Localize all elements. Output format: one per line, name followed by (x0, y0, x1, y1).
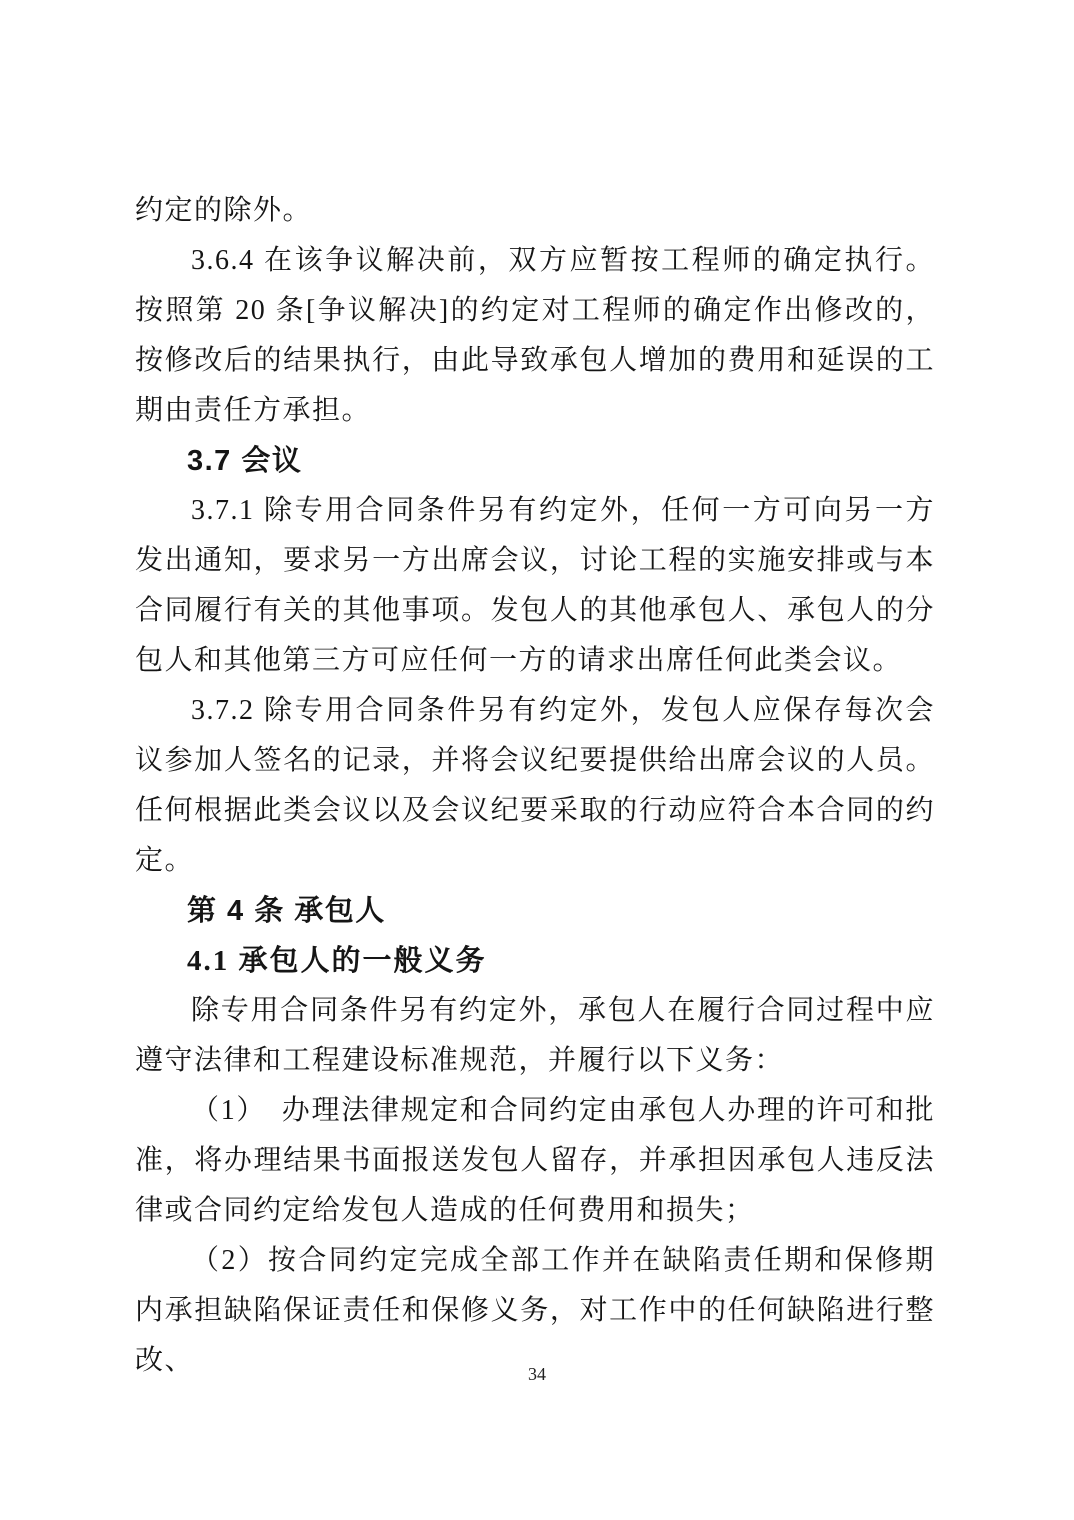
paragraph-clause-4-1-item-1: （1） 办理法律规定和合同约定由承包人办理的许可和批准，将办理结果书面报送发包人… (135, 1086, 935, 1236)
paragraph-clause-3-7-2: 3.7.2 除专用合同条件另有约定外，发包人应保存每次会议参加人签名的记录，并将… (135, 686, 935, 886)
document-page: 约定的除外。 3.6.4 在该争议解决前，双方应暂按工程师的确定执行。按照第 2… (0, 0, 1074, 1520)
heading-clause-4: 第 4 条 承包人 (135, 886, 935, 936)
heading-clause-3-7: 3.7 会议 (135, 436, 935, 486)
paragraph-clause-3-6-4: 3.6.4 在该争议解决前，双方应暂按工程师的确定执行。按照第 20 条[争议解… (135, 236, 935, 436)
paragraph-continuation: 约定的除外。 (135, 186, 935, 236)
document-body: 约定的除外。 3.6.4 在该争议解决前，双方应暂按工程师的确定执行。按照第 2… (135, 186, 935, 1386)
paragraph-clause-4-1-intro: 除专用合同条件另有约定外，承包人在履行合同过程中应遵守法律和工程建设标准规范，并… (135, 986, 935, 1086)
paragraph-clause-3-7-1: 3.7.1 除专用合同条件另有约定外，任何一方可向另一方发出通知，要求另一方出席… (135, 486, 935, 686)
heading-clause-4-1: 4.1 承包人的一般义务 (135, 936, 935, 986)
page-number: 34 (0, 1362, 1074, 1386)
